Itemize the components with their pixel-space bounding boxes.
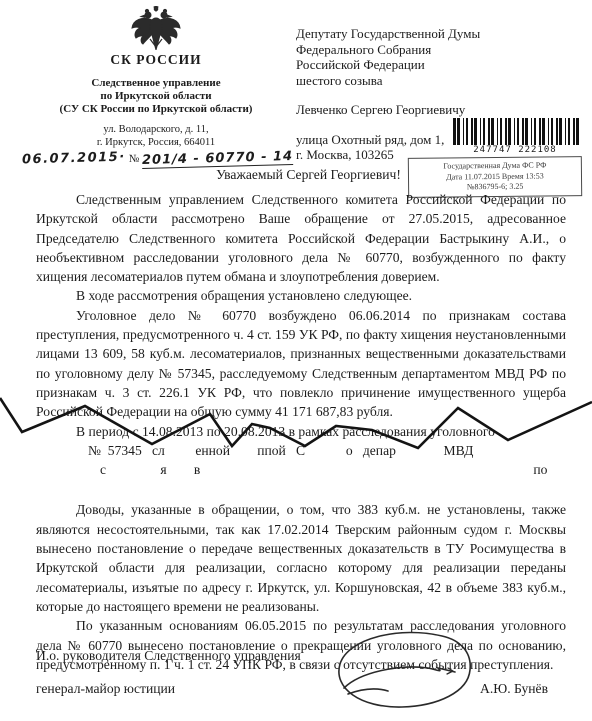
handwritten-outgoing-number: 201/4 - 60770 - 14 [142,149,294,169]
signer-rank: генерал-майор юстиции [36,681,175,696]
body-paragraph-5: Доводы, указанные в обращении, о том, чт… [36,500,566,616]
body-paragraph-2: В ходе рассмотрения обращения установлен… [36,286,566,305]
barcode-digits: 247747 222108 [453,145,577,155]
org-title-line2: по Иркутской области [22,90,290,103]
recipient-line: Российской Федерации [296,57,566,73]
org-abbreviation: СК РОССИИ [22,52,290,68]
scanned-letter-page: СК РОССИИ Следственное управление по Ирк… [0,0,592,721]
handwritten-date: 06.07.2015· [22,150,126,168]
body-paragraph-1: Следственным управлением Следственного к… [36,190,566,286]
org-title: Следственное управление по Иркутской обл… [22,77,290,116]
recipient-line: шестого созыва [296,73,566,89]
signer-name: А.Ю. Бунёв [480,681,548,697]
letterhead: СК РОССИИ Следственное управление по Ирк… [22,6,290,167]
org-address-line2: г. Иркутск, Россия, 664011 [22,137,290,150]
org-title-line1: Следственное управление [22,77,290,90]
salutation: Уважаемый Сергей Георгиевич! [36,167,581,183]
org-address: ул. Володарского, д. 11, г. Иркутск, Рос… [22,124,290,149]
letter-body: Следственным управлением Следственного к… [36,190,566,674]
body-paragraph-4-line1: В период с 14.08.2013 по 20.08.2013 в ра… [36,422,566,441]
recipient-line: Федерального Собрания [296,42,566,58]
org-title-line3: (СУ СК России по Иркутской области) [22,103,290,116]
body-paragraph-4-obscured-line3: с я в по [36,460,566,479]
body-paragraph-4-obscured-line2: № 57345 сл енной ппой С о депар МВД [36,441,566,460]
paragraph-gap [36,479,566,500]
registration-barcode: 247747 222108 [453,118,577,155]
recipient-line: Депутату Государственной Думы [296,26,566,42]
body-paragraph-3: Уголовное дело № 60770 возбуждено 06.06.… [36,306,566,422]
number-sign: № [129,153,140,165]
emblem-double-headed-eagle-icon [130,6,182,50]
signer-title-line1: И.о. руководителя Следственного управлен… [36,648,566,664]
signer-title-line2-row: генерал-майор юстиции А.Ю. Бунёв [36,681,566,697]
recipient-name: Левченко Сергею Георгиевичу [296,102,566,118]
signature-block: И.о. руководителя Следственного управлен… [36,648,566,697]
org-address-line1: ул. Володарского, д. 11, [22,124,290,137]
outgoing-reference-row: 06.07.2015· № 201/4 - 60770 - 14 [22,151,290,167]
barcode-bars [453,118,579,145]
